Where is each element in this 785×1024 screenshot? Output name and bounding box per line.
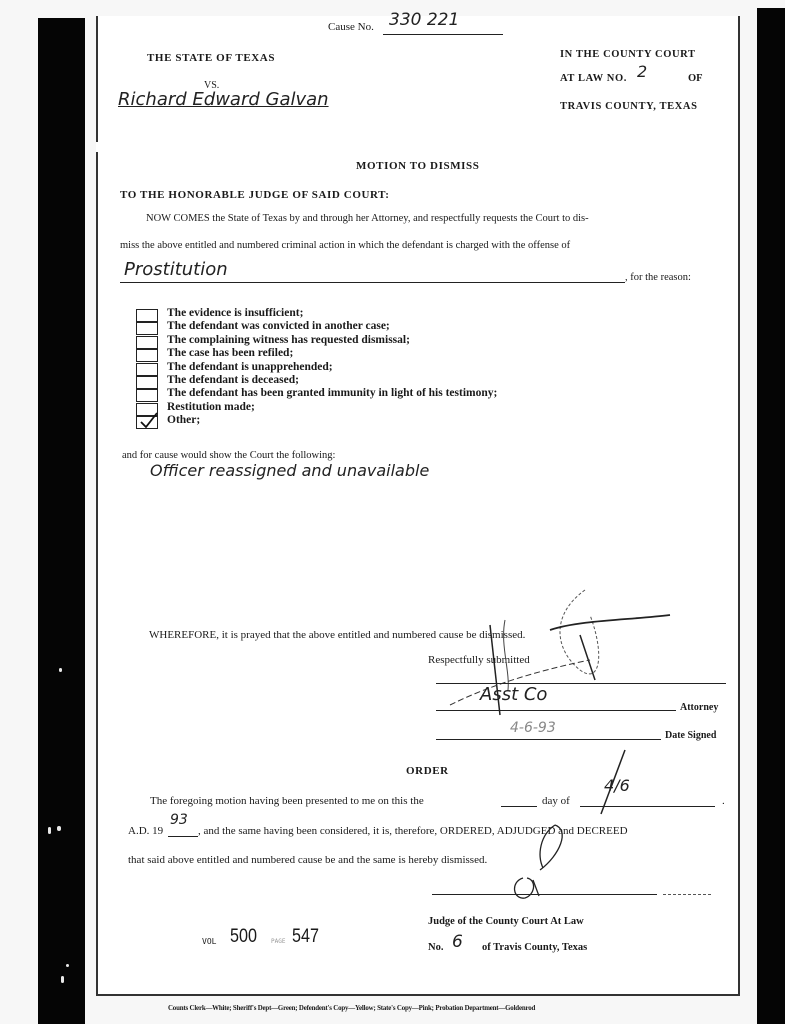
judge-court-number: 6: [452, 932, 463, 952]
year-blank: [168, 836, 198, 837]
judge-line-2-suffix: of Travis County, Texas: [482, 942, 587, 953]
page-number: 547: [292, 926, 319, 948]
date-slash: [595, 748, 635, 818]
offense-line: [120, 282, 625, 283]
salutation: TO THE HONORABLE JUDGE OF SAID COURT:: [120, 189, 390, 201]
court-line-2-prefix: AT LAW NO.: [560, 73, 627, 84]
checkmark-icon: [138, 412, 160, 428]
defendant-name: Richard Edward Galvan: [118, 89, 329, 110]
judge-line-2-prefix: No.: [428, 942, 443, 953]
scan-speck: [57, 826, 61, 831]
para-line-1: NOW COMES the State of Texas by and thro…: [146, 213, 589, 224]
cause-text: Officer reassigned and unavailable: [150, 461, 429, 480]
motion-title: MOTION TO DISMISS: [356, 160, 480, 172]
cause-label: Cause No.: [328, 21, 374, 33]
judge-line-1: Judge of the County Court At Law: [428, 916, 584, 927]
offense-value: Prostitution: [124, 259, 228, 280]
reason-label: The defendant was convicted in another c…: [167, 320, 390, 332]
order-title: ORDER: [406, 765, 449, 777]
reason-checkbox[interactable]: [136, 389, 158, 402]
page-label: PAGE: [271, 938, 285, 945]
judge-signature-line: [432, 894, 657, 895]
court-line-2-suffix: OF: [688, 73, 703, 84]
date-signed-value: 4-6-93: [510, 720, 556, 736]
cause-number: 330 221: [389, 10, 459, 30]
reason-checkbox[interactable]: [136, 309, 158, 322]
date-signed-line: [436, 739, 661, 740]
scan-speck: [59, 668, 62, 672]
reason-label: The case has been refiled;: [167, 347, 293, 359]
vol-label: VOL: [202, 937, 216, 946]
judge-signature: [505, 820, 575, 900]
cause-intro: and for cause would show the Court the f…: [122, 450, 335, 461]
attorney-line: [436, 710, 676, 711]
year-value: 93: [170, 812, 188, 828]
judge-signature-line-ext: [663, 894, 711, 895]
court-number: 2: [637, 62, 647, 81]
cause-number-line: [383, 34, 503, 35]
day-blank: [501, 806, 537, 807]
order-line-1a: The foregoing motion having been present…: [150, 795, 424, 807]
reason-label: Other;: [167, 414, 200, 426]
state-of-texas: THE STATE OF TEXAS: [147, 52, 275, 64]
reason-label: The defendant is deceased;: [167, 374, 299, 386]
scan-border-left: [38, 18, 85, 1024]
reason-label: The defendant has been granted immunity …: [167, 387, 497, 399]
order-line-1-period: .: [722, 795, 725, 807]
reason-label: The complaining witness has requested di…: [167, 334, 410, 346]
scan-speck: [61, 976, 64, 983]
scan-border-right: [757, 8, 785, 1024]
attorney-label: Attorney: [680, 702, 718, 713]
vol-number: 500: [230, 926, 257, 948]
reason-checkbox[interactable]: [136, 322, 158, 335]
scan-speck: [48, 827, 51, 834]
reason-checkbox[interactable]: [136, 336, 158, 349]
date-signed-label: Date Signed: [665, 730, 716, 741]
reason-label: The evidence is insufficient;: [167, 307, 303, 319]
order-line-2-prefix: A.D. 19: [128, 825, 163, 837]
court-line-3: TRAVIS COUNTY, TEXAS: [560, 101, 698, 112]
reason-checkbox[interactable]: [136, 376, 158, 389]
order-line-1b: day of: [542, 795, 570, 807]
reason-checkbox[interactable]: [136, 416, 158, 429]
attorney-sig-text: Asst Co: [480, 684, 547, 705]
distribution-note: Counts Clerk—White; Sheriff's Dept—Green…: [168, 1003, 535, 1012]
para-line-3-suffix: , for the reason:: [625, 272, 691, 283]
reason-label: Restitution made;: [167, 401, 255, 413]
reason-checkbox[interactable]: [136, 349, 158, 362]
court-line-1: IN THE COUNTY COURT: [560, 49, 696, 60]
scan-speck: [66, 964, 69, 967]
reason-label: The defendant is unapprehended;: [167, 361, 333, 373]
para-line-2: miss the above entitled and numbered cri…: [120, 240, 570, 251]
reason-checkbox[interactable]: [136, 363, 158, 376]
frame-gap: [96, 142, 98, 152]
order-line-3: that said above entitled and numbered ca…: [128, 854, 487, 866]
